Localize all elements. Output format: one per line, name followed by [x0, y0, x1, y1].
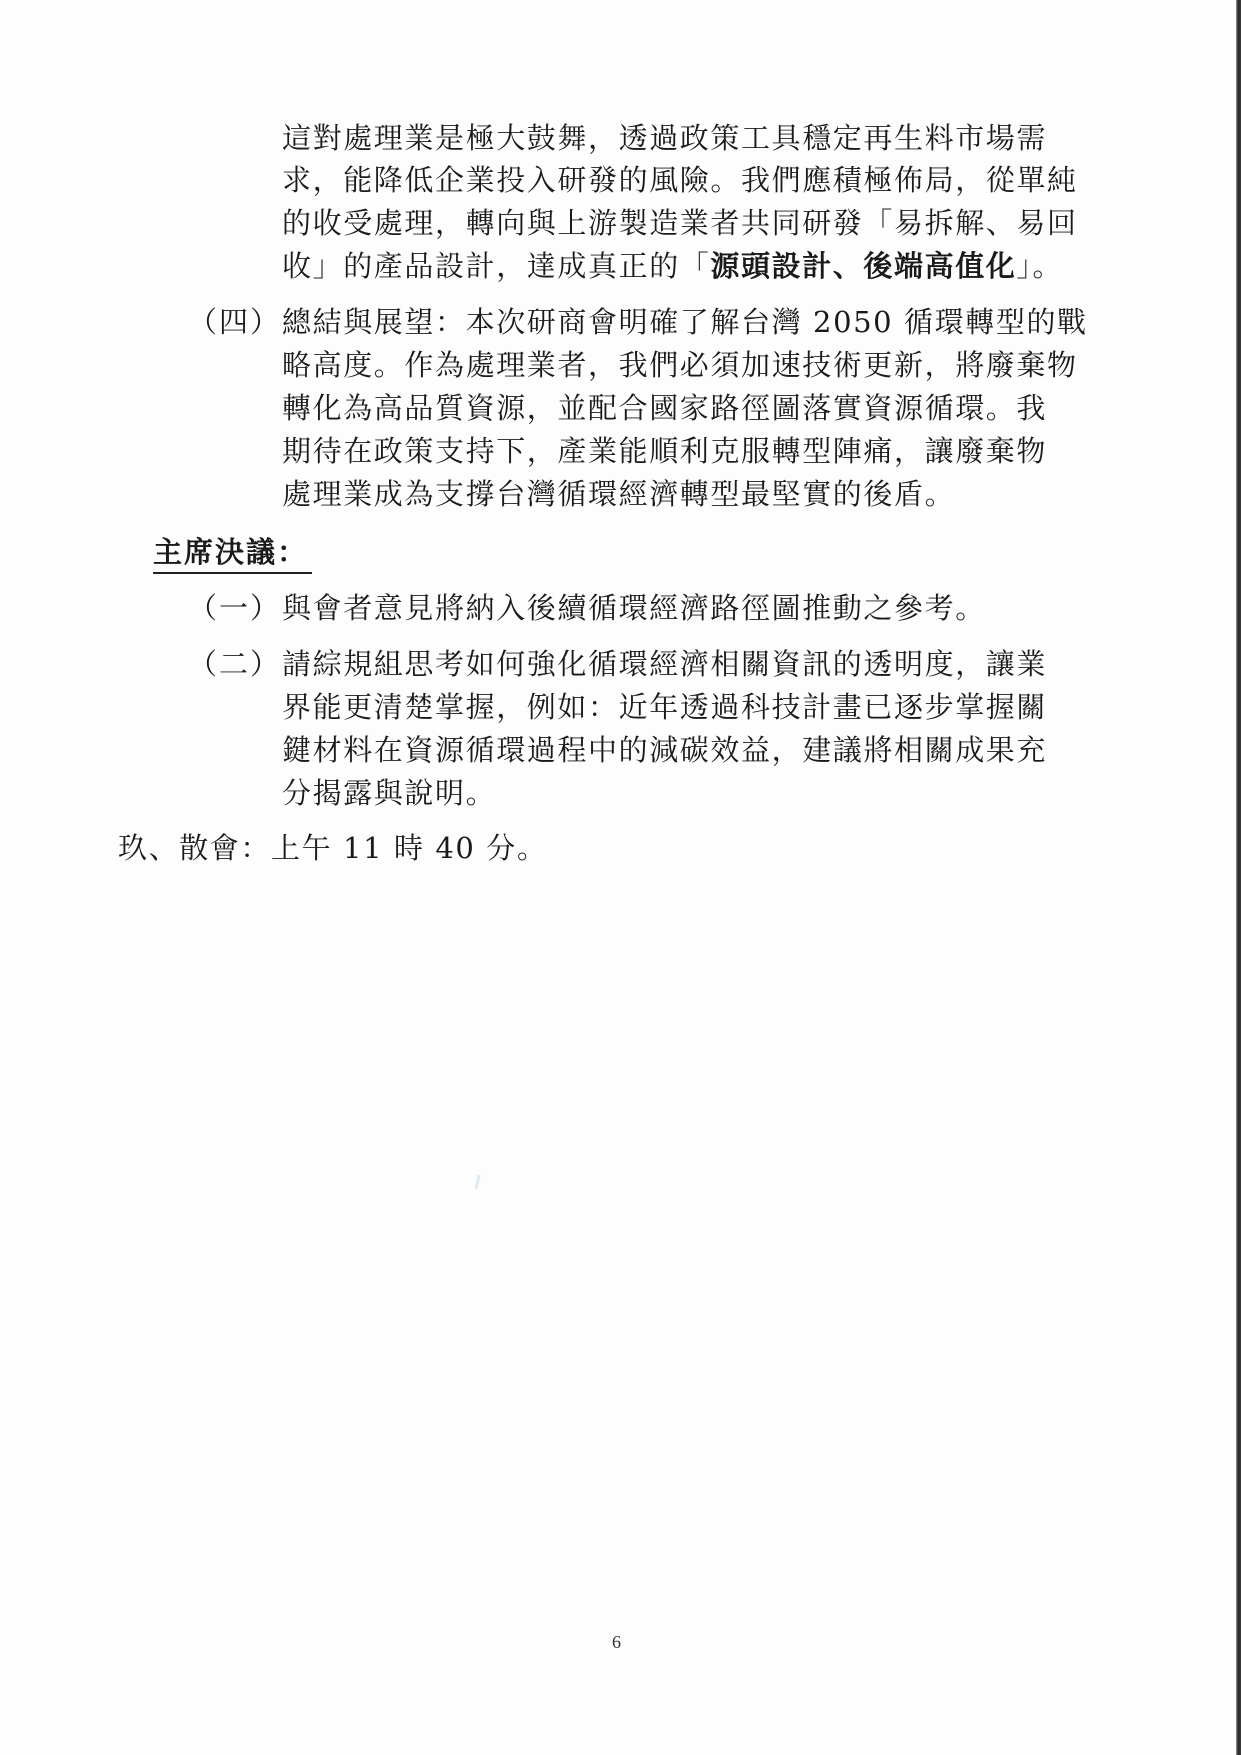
emphasis-text: 源頭設計、後端高值化 [710, 249, 1016, 283]
page-number: 6 [612, 1632, 621, 1653]
item-four-line: 期待在政策支持下，產業能順利克服轉型陣痛，讓廢棄物 [282, 431, 1047, 471]
document-page: 這對處理業是極大鼓舞，透過政策工具穩定再生料市場需 求，能降低企業投入研發的風險… [0, 0, 1241, 1755]
item-label-four: （四） [188, 302, 281, 342]
scan-artifact [474, 1175, 481, 1189]
paragraph-line: 的收受處理，轉向與上游製造業者共同研發「易拆解、易回 [282, 203, 1078, 243]
scan-border [1236, 0, 1241, 1755]
paragraph-text: 收」的產品設計，達成真正的「 [282, 249, 710, 283]
item-four-line: 轉化為高品質資源，並配合國家路徑圖落實資源循環。我 [282, 388, 1047, 428]
paragraph-line: 這對處理業是極大鼓舞，透過政策工具穩定再生料市場需 [282, 118, 1047, 158]
item-four-line: 略高度。作為處理業者，我們必須加速技術更新，將廢棄物 [282, 345, 1078, 385]
resolution-item-one-line: 與會者意見將納入後續循環經濟路徑圖推動之參考。 [282, 588, 986, 628]
resolution-item-label-one: （一） [188, 588, 281, 628]
resolution-item-two-line: 分揭露與說明。 [282, 773, 496, 813]
paragraph-line-with-emphasis: 收」的產品設計，達成真正的「源頭設計、後端高值化」。 [282, 246, 1063, 286]
resolution-item-two-line: 界能更清楚掌握，例如：近年透過科技計畫已逐步掌握關 [282, 687, 1047, 727]
resolution-item-label-two: （二） [188, 644, 281, 684]
chair-resolution-heading: 主席決議： [153, 532, 312, 574]
adjournment-line: 玖、散會：上午 11 時 40 分。 [118, 828, 547, 868]
item-four-line: 處理業成為支撐台灣循環經濟轉型最堅實的後盾。 [282, 474, 955, 514]
resolution-item-two-line: 鍵材料在資源循環過程中的減碳效益，建議將相關成果充 [282, 730, 1047, 770]
paragraph-text: 」。 [1016, 249, 1063, 283]
item-four-line: 總結與展望：本次研商會明確了解台灣 2050 循環轉型的戰 [282, 302, 1088, 342]
paragraph-line: 求，能降低企業投入研發的風險。我們應積極佈局，從單純 [282, 160, 1078, 200]
resolution-item-two-line: 請綜規組思考如何強化循環經濟相關資訊的透明度，讓業 [282, 644, 1047, 684]
